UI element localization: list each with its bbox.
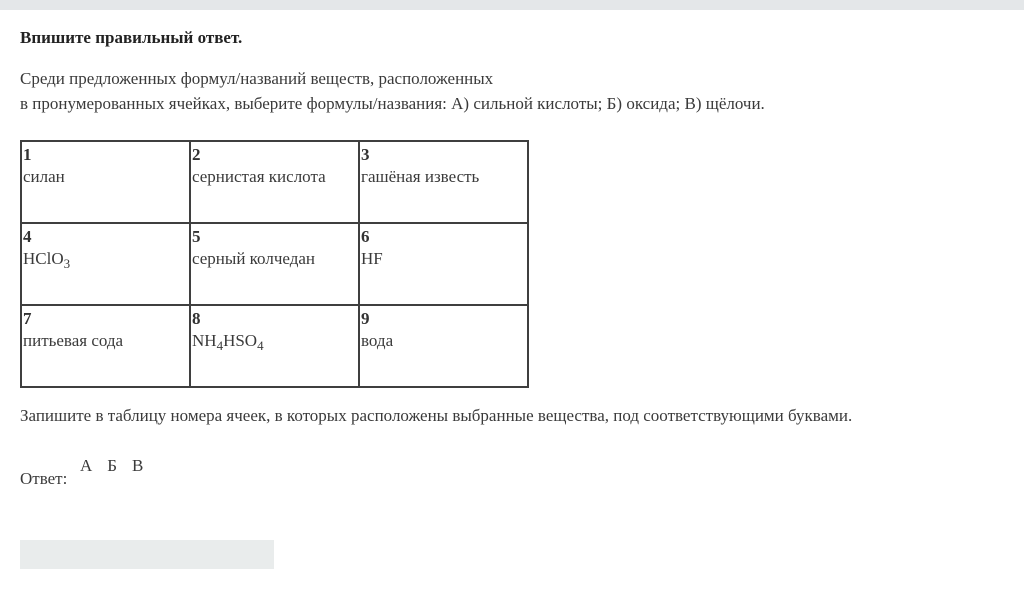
answer-instruction: Запишите в таблицу номера ячеек, в котор… <box>20 406 852 426</box>
answer-letters: АБВ <box>80 456 158 476</box>
letter-a: А <box>80 456 92 476</box>
cell-8: 8NH4HSO4 <box>190 305 359 387</box>
cell-number: 5 <box>192 228 358 246</box>
answer-label: Ответ: <box>20 469 67 489</box>
cell-number: 7 <box>23 310 189 328</box>
cell-2: 2сернистая кислота <box>190 141 359 223</box>
cell-substance: гашёная известь <box>361 166 527 188</box>
answer-input[interactable] <box>20 540 274 569</box>
cell-1: 1силан <box>21 141 190 223</box>
cell-3: 3гашёная известь <box>359 141 528 223</box>
cell-4: 4HClO3 <box>21 223 190 305</box>
letter-b: Б <box>107 456 117 476</box>
letter-v: В <box>132 456 143 476</box>
cell-7: 7питьевая сода <box>21 305 190 387</box>
cell-substance: серный колчедан <box>192 248 358 270</box>
cell-substance: сернистая кислота <box>192 166 358 188</box>
cell-9: 9вода <box>359 305 528 387</box>
task-title: Впишите правильный ответ. <box>20 28 242 48</box>
task-description: Среди предложенных формул/названий вещес… <box>20 66 765 116</box>
cell-5: 5серный колчедан <box>190 223 359 305</box>
cell-substance-formula: HClO3 <box>23 248 189 270</box>
task-description-line-2: в пронумерованных ячейках, выберите форм… <box>20 91 765 116</box>
cell-number: 9 <box>361 310 527 328</box>
cell-substance-formula: NH4HSO4 <box>192 330 358 352</box>
cell-substance: HF <box>361 248 527 270</box>
cell-number: 4 <box>23 228 189 246</box>
cell-substance: силан <box>23 166 189 188</box>
cell-number: 6 <box>361 228 527 246</box>
cell-substance: питьевая сода <box>23 330 189 352</box>
cell-number: 3 <box>361 146 527 164</box>
substances-table: 1силан 2сернистая кислота 3гашёная извес… <box>20 140 529 388</box>
cell-6: 6HF <box>359 223 528 305</box>
cell-number: 1 <box>23 146 189 164</box>
cell-number: 2 <box>192 146 358 164</box>
cell-substance: вода <box>361 330 527 352</box>
top-bar <box>0 0 1024 10</box>
cell-number: 8 <box>192 310 358 328</box>
task-description-line-1: Среди предложенных формул/названий вещес… <box>20 66 765 91</box>
